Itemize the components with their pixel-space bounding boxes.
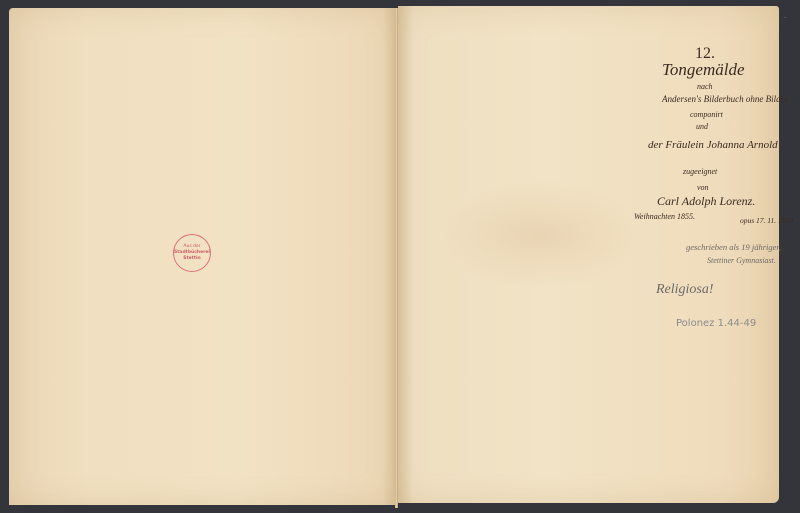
line-nach: nach — [697, 82, 713, 91]
date-left: Weihnachten 1855. — [634, 212, 695, 221]
line-und: und — [696, 122, 708, 131]
work-subtitle: Andersen's Bilderbuch ohne Bilder — [662, 94, 788, 104]
work-title: Tongemälde — [662, 60, 745, 80]
line-zugeeignet: zugeeignet — [683, 167, 717, 176]
dedication: der Fräulein Johanna Arnold — [648, 139, 778, 151]
pencil-note-1: geschrieben als 19 jähriger, — [686, 242, 781, 252]
line-von: von — [697, 183, 709, 192]
library-stamp: Aus der Stadtbücherei Stettin — [173, 234, 211, 272]
book-spread: Aus der Stadtbücherei Stettin · 12. Tong… — [0, 0, 800, 513]
pencil-note-2: Stettiner Gymnasiast. — [707, 256, 776, 265]
stamp-line-3: Stettin — [183, 256, 201, 262]
line-componirt: componirt — [690, 110, 723, 119]
pencil-note-3: Religiosa! — [656, 282, 714, 298]
corner-mark: · — [784, 14, 786, 22]
author-name: Carl Adolph Lorenz. — [657, 194, 755, 209]
ink-bleed-through — [440, 180, 640, 290]
date-right: opus 17. 11. 1920 — [740, 216, 793, 225]
shelfmark: Polonez 1.44-49 — [676, 318, 756, 329]
